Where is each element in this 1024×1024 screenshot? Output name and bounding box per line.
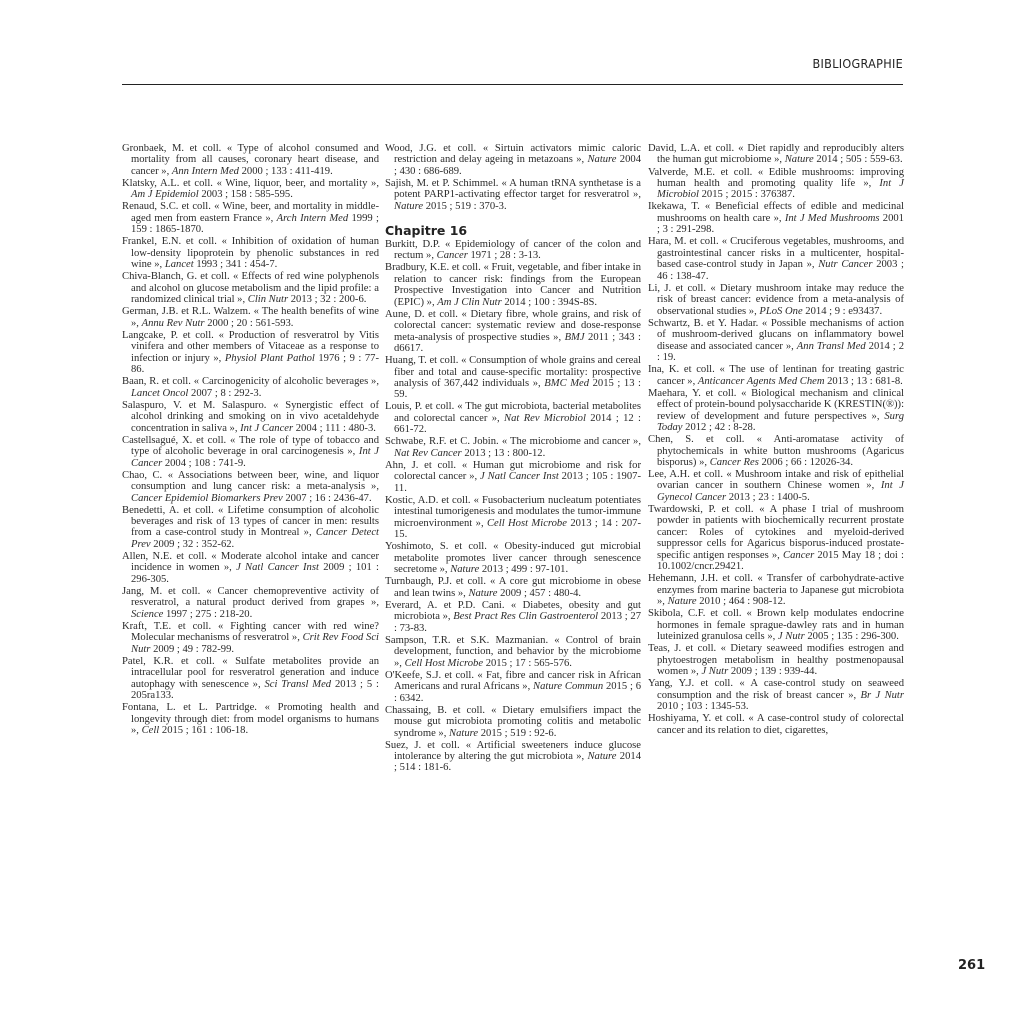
reference-entry: Turnbaugh, P.J. et coll. « A core gut mi… [385, 576, 641, 599]
reference-title: « Wine, liquor, beer, and mortality », [217, 178, 379, 189]
reference-author: Yoshimoto, S. et coll. [385, 541, 487, 552]
reference-journal: Am J Epidemiol [131, 189, 199, 200]
reference-author: Chassaing, B. et coll. [385, 705, 485, 716]
reference-author: Renaud, S.C. et coll. [122, 201, 211, 212]
reference-journal: Nature [449, 728, 478, 739]
bibliography-column-right: David, L.A. et coll. « Diet rapidly and … [648, 143, 904, 737]
reference-journal: Nature [468, 588, 497, 599]
reference-citation: 2013 ; 13 : 681-8. [824, 376, 902, 387]
reference-entry: David, L.A. et coll. « Diet rapidly and … [648, 143, 904, 166]
reference-journal: J Natl Cancer Inst [236, 562, 319, 573]
reference-entry: Suez, J. et coll. « Artificial sweetener… [385, 740, 641, 774]
reference-author: Benedetti, A. et coll. [122, 505, 214, 516]
reference-author: Wood, J.G. et coll. [385, 143, 476, 154]
reference-journal: Cancer [783, 550, 814, 561]
reference-author: Kostic, A.D. et coll. [385, 495, 471, 506]
reference-journal: Nature [785, 154, 814, 165]
reference-entry: Li, J. et coll. « Dietary mushroom intak… [648, 283, 904, 317]
reference-entry: Kostic, A.D. et coll. « Fusobacterium nu… [385, 495, 641, 541]
reference-citation: 2015 ; 519 : 92-6. [478, 728, 556, 739]
reference-citation: 2009 ; 49 : 782-99. [150, 644, 234, 655]
reference-author: Schwabe, R.F. et C. Jobin. [385, 436, 499, 447]
reference-author: Ikekawa, T. [648, 201, 700, 212]
reference-author: Allen, N.E. et coll. [122, 551, 207, 562]
reference-author: Ahn, J. et coll. [385, 460, 456, 471]
reference-author: Aune, D. et coll. [385, 309, 458, 320]
reference-entry: Teas, J. et coll. « Dietary seaweed modi… [648, 643, 904, 677]
reference-author: German, J.B. et R.L. Walzem. [122, 306, 251, 317]
reference-citation: 2003 ; 158 : 585-595. [199, 189, 293, 200]
reference-author: O'Keefe, S.J. et coll. [385, 670, 474, 681]
reference-author: Suez, J. et coll. [385, 740, 460, 751]
reference-author: Sampson, T.R. et S.K. Mazmanian. [385, 635, 548, 646]
reference-entry: Sajish, M. et P. Schimmel. « A human tRN… [385, 178, 641, 212]
reference-citation: 2009 ; 457 : 480-4. [497, 588, 581, 599]
reference-entry: Maehara, Y. et coll. « Biological mechan… [648, 388, 904, 434]
reference-author: Gronbaek, M. et coll. [122, 143, 221, 154]
reference-entry: Frankel, E.N. et coll. « Inhibition of o… [122, 236, 379, 270]
reference-journal: Nature [668, 596, 697, 607]
reference-entry: Valverde, M.E. et coll. « Edible mushroo… [648, 167, 904, 201]
reference-entry: Lee, A.H. et coll. « Mushroom intake and… [648, 469, 904, 503]
reference-entry: Fontana, L. et L. Partridge. « Promoting… [122, 702, 379, 736]
reference-author: Lee, A.H. et coll. [648, 469, 723, 480]
reference-entry: Skibola, C.F. et coll. « Brown kelp modu… [648, 608, 904, 642]
reference-entry: Yang, Y.J. et coll. « A case-control stu… [648, 678, 904, 712]
reference-author: Maehara, Y. et coll. [648, 388, 736, 399]
reference-citation: 2009 ; 32 : 352-62. [151, 539, 235, 550]
reference-entry: Bradbury, K.E. et coll. « Fruit, vegetab… [385, 262, 641, 308]
reference-author: Frankel, E.N. et coll. [122, 236, 217, 247]
reference-author: Yang, Y.J. et coll. [648, 678, 733, 689]
reference-journal: J Nutr [778, 631, 805, 642]
reference-entry: Castellsagué, X. et coll. « The role of … [122, 435, 379, 469]
reference-author: Huang, T. et coll. [385, 355, 458, 366]
reference-journal: Int J Med Mushrooms [785, 213, 880, 224]
reference-journal: Sci Transl Med [264, 679, 331, 690]
reference-citation: 2012 ; 42 : 8-28. [683, 422, 756, 433]
reference-citation: 2015 ; 2015 : 376387. [699, 189, 795, 200]
bibliography-column-middle: Wood, J.G. et coll. « Sirtuin activators… [385, 143, 641, 775]
reference-citation: 2010 ; 464 : 908-12. [697, 596, 786, 607]
reference-citation: 2010 ; 103 : 1345-53. [657, 701, 749, 712]
reference-journal: BMJ [565, 332, 585, 343]
reference-entry: Twardowski, P. et coll. « A phase I tria… [648, 504, 904, 573]
reference-title: « Associations between beer, wine, and l… [131, 470, 379, 492]
reference-author: Langcake, P. et coll. [122, 330, 214, 341]
reference-journal: Nature [450, 564, 479, 575]
reference-journal: Annu Rev Nutr [142, 318, 205, 329]
reference-author: Hara, M. et coll. [648, 236, 719, 247]
reference-entry: German, J.B. et R.L. Walzem. « The healt… [122, 306, 379, 329]
reference-author: Klatsky, A.L. et coll. [122, 178, 213, 189]
reference-author: Twardowski, P. et coll. [648, 504, 754, 515]
reference-list-before-chapter: Wood, J.G. et coll. « Sirtuin activators… [385, 143, 641, 212]
reference-journal: Cancer Res [710, 457, 759, 468]
reference-entry: Louis, P. et coll. « The gut microbiota,… [385, 401, 641, 435]
reference-citation: 2007 ; 8 : 292-3. [188, 388, 261, 399]
reference-entry: Renaud, S.C. et coll. « Wine, beer, and … [122, 201, 379, 235]
reference-journal: Int J Cancer [240, 423, 293, 434]
reference-author: David, L.A. et coll. [648, 143, 734, 154]
reference-author: Louis, P. et coll. [385, 401, 454, 412]
reference-journal: Physiol Plant Pathol [225, 353, 315, 364]
reference-journal: Lancet Oncol [131, 388, 188, 399]
reference-author: Valverde, M.E. et coll. [648, 167, 752, 178]
reference-author: Teas, J. et coll. [648, 643, 716, 654]
page-number: 261 [958, 958, 985, 973]
reference-citation: 2000 ; 133 : 411-419. [239, 166, 333, 177]
reference-citation: 2006 ; 66 : 12026-34. [759, 457, 853, 468]
reference-journal: Arch Intern Med [277, 213, 349, 224]
running-title: BIBLIOGRAPHIE [813, 56, 903, 71]
reference-entry: Langcake, P. et coll. « Production of re… [122, 330, 379, 376]
reference-citation: 2015 ; 161 : 106-18. [159, 725, 248, 736]
reference-entry: Hoshiyama, Y. et coll. « A case-control … [648, 713, 904, 736]
reference-author: Sajish, M. et P. Schimmel. [385, 178, 498, 189]
reference-entry: Allen, N.E. et coll. « Moderate alcohol … [122, 551, 379, 585]
reference-entry: Gronbaek, M. et coll. « Type of alcohol … [122, 143, 379, 177]
reference-author: Schwartz, B. et Y. Hadar. [648, 318, 758, 329]
reference-entry: Ahn, J. et coll. « Human gut microbiome … [385, 460, 641, 494]
reference-entry: Salaspuro, V. et M. Salaspuro. « Synergi… [122, 400, 379, 434]
reference-entry: Ikekawa, T. « Beneficial effects of edib… [648, 201, 904, 235]
reference-entry: O'Keefe, S.J. et coll. « Fat, fibre and … [385, 670, 641, 704]
reference-entry: Schwartz, B. et Y. Hadar. « Possible mec… [648, 318, 904, 364]
reference-citation: 2014 ; 100 : 394S-8S. [502, 297, 597, 308]
reference-journal: Nature [394, 201, 423, 212]
reference-citation: 1971 ; 28 : 3-13. [468, 250, 541, 261]
reference-author: Everard, A. et P.D. Cani. [385, 600, 505, 611]
reference-entry: Baan, R. et coll. « Carcinogenicity of a… [122, 376, 379, 399]
reference-journal: Clin Nutr [248, 294, 288, 305]
reference-citation: 2015 ; 519 : 370-3. [423, 201, 507, 212]
reference-citation: 2013 ; 32 : 200-6. [288, 294, 366, 305]
reference-citation: 2000 ; 20 : 561-593. [205, 318, 294, 329]
reference-entry: Kraft, T.E. et coll. « Fighting cancer w… [122, 621, 379, 655]
reference-entry: Everard, A. et P.D. Cani. « Diabetes, ob… [385, 600, 641, 634]
reference-journal: Am J Clin Nutr [437, 297, 501, 308]
reference-entry: Yoshimoto, S. et coll. « Obesity-induced… [385, 541, 641, 575]
reference-citation: 2014 ; 9 : e93437. [803, 306, 882, 317]
reference-author: Salaspuro, V. et M. Salaspuro. [122, 400, 266, 411]
bibliography-column-left: Gronbaek, M. et coll. « Type of alcohol … [122, 143, 379, 737]
reference-journal: Cancer [437, 250, 468, 261]
reference-citation: 1993 ; 341 : 454-7. [194, 259, 278, 270]
reference-author: Chiva-Blanch, G. et coll. [122, 271, 230, 282]
reference-journal: Cancer Epidemiol Biomarkers Prev [131, 493, 283, 504]
reference-journal: Nat Rev Cancer [394, 448, 462, 459]
reference-journal: Ann Intern Med [172, 166, 239, 177]
page-header: BIBLIOGRAPHIE [122, 56, 903, 85]
reference-author: Bradbury, K.E. et coll. [385, 262, 481, 273]
reference-author: Turnbaugh, P.J. et coll. [385, 576, 486, 587]
reference-entry: Chassaing, B. et coll. « Dietary emulsif… [385, 705, 641, 739]
chapter-heading: Chapitre 16 [385, 225, 641, 236]
reference-title: « Carcinogenicity of alcoholic beverages… [194, 376, 379, 387]
reference-journal: Br J Nutr [861, 690, 904, 701]
reference-citation: 2004 ; 111 : 480-3. [293, 423, 376, 434]
reference-author: Patel, K.R. et coll. [122, 656, 215, 667]
reference-entry: Ina, K. et coll. « The use of lentinan f… [648, 364, 904, 387]
reference-entry: Benedetti, A. et coll. « Lifetime consum… [122, 505, 379, 551]
reference-citation: 1997 ; 275 : 218-20. [163, 609, 252, 620]
reference-journal: Nature [587, 751, 616, 762]
reference-entry: Burkitt, D.P. « Epidemiology of cancer o… [385, 239, 641, 262]
reference-journal: J Natl Cancer Inst [480, 471, 559, 482]
reference-citation: 2005 ; 135 : 296-300. [805, 631, 899, 642]
reference-entry: Jang, M. et coll. « Cancer chemopreventi… [122, 586, 379, 620]
reference-entry: Klatsky, A.L. et coll. « Wine, liquor, b… [122, 178, 379, 201]
reference-title: « The microbiome and cancer », [502, 436, 641, 447]
reference-citation: 2007 ; 16 : 2436-47. [283, 493, 372, 504]
reference-author: Skibola, C.F. et coll. [648, 608, 742, 619]
reference-list-chapter-16: Burkitt, D.P. « Epidemiology of cancer o… [385, 239, 641, 774]
reference-author: Chen, S. et coll. [648, 434, 744, 445]
reference-author: Kraft, T.E. et coll. [122, 621, 211, 632]
reference-entry: Sampson, T.R. et S.K. Mazmanian. « Contr… [385, 635, 641, 669]
reference-journal: Science [131, 609, 163, 620]
reference-author: Baan, R. et coll. [122, 376, 191, 387]
reference-journal: Cell Host Microbe [405, 658, 483, 669]
reference-journal: PLoS One [759, 306, 802, 317]
reference-journal: Nature [587, 154, 616, 165]
reference-journal: Ann Transl Med [797, 341, 866, 352]
reference-author: Burkitt, D.P. [385, 239, 440, 250]
reference-author: Jang, M. et coll. [122, 586, 200, 597]
reference-author: Li, J. et coll. [648, 283, 706, 294]
reference-journal: Nature Commun [533, 681, 603, 692]
reference-entry: Patel, K.R. et coll. « Sulfate metabolit… [122, 656, 379, 702]
reference-entry: Aune, D. et coll. « Dietary fibre, whole… [385, 309, 641, 355]
reference-author: Hehemann, J.H. et coll. [648, 573, 753, 584]
reference-citation: 2015 ; 17 : 565-576. [483, 658, 572, 669]
reference-entry: Wood, J.G. et coll. « Sirtuin activators… [385, 143, 641, 177]
reference-entry: Hara, M. et coll. « Cruciferous vegetabl… [648, 236, 904, 282]
reference-entry: Chen, S. et coll. « Anti-aromatase activ… [648, 434, 904, 468]
reference-author: Ina, K. et coll. [648, 364, 715, 375]
reference-journal: Anticancer Agents Med Chem [698, 376, 825, 387]
reference-author: Castellsagué, X. et coll. [122, 435, 226, 446]
reference-entry: Chao, C. « Associations between beer, wi… [122, 470, 379, 504]
reference-citation: 2013 ; 13 : 800-12. [462, 448, 546, 459]
reference-journal: Lancet [165, 259, 194, 270]
reference-journal: Cell Host Microbe [487, 518, 567, 529]
reference-citation: 2004 ; 108 : 741-9. [162, 458, 246, 469]
reference-journal: Nutr Cancer [818, 259, 872, 270]
reference-journal: J Nutr [701, 666, 728, 677]
reference-entry: Schwabe, R.F. et C. Jobin. « The microbi… [385, 436, 641, 459]
reference-citation: 2014 ; 505 : 559-63. [814, 154, 903, 165]
reference-entry: Chiva-Blanch, G. et coll. « Effects of r… [122, 271, 379, 305]
reference-author: Chao, C. [122, 470, 162, 481]
reference-author: Hoshiyama, Y. et coll. [648, 713, 745, 724]
reference-entry: Hehemann, J.H. et coll. « Transfer of ca… [648, 573, 904, 607]
reference-journal: BMC Med [544, 378, 589, 389]
reference-citation: 2009 ; 139 : 939-44. [728, 666, 817, 677]
reference-citation: 2013 ; 23 : 1400-5. [726, 492, 810, 503]
reference-author: Fontana, L. et L. Partridge. [122, 702, 257, 713]
reference-journal: Best Pract Res Clin Gastroenterol [453, 611, 598, 622]
reference-citation: 2013 ; 499 : 97-101. [479, 564, 568, 575]
reference-journal: Cell [142, 725, 160, 736]
reference-journal: Nat Rev Microbiol [504, 413, 586, 424]
reference-entry: Huang, T. et coll. « Consumption of whol… [385, 355, 641, 401]
